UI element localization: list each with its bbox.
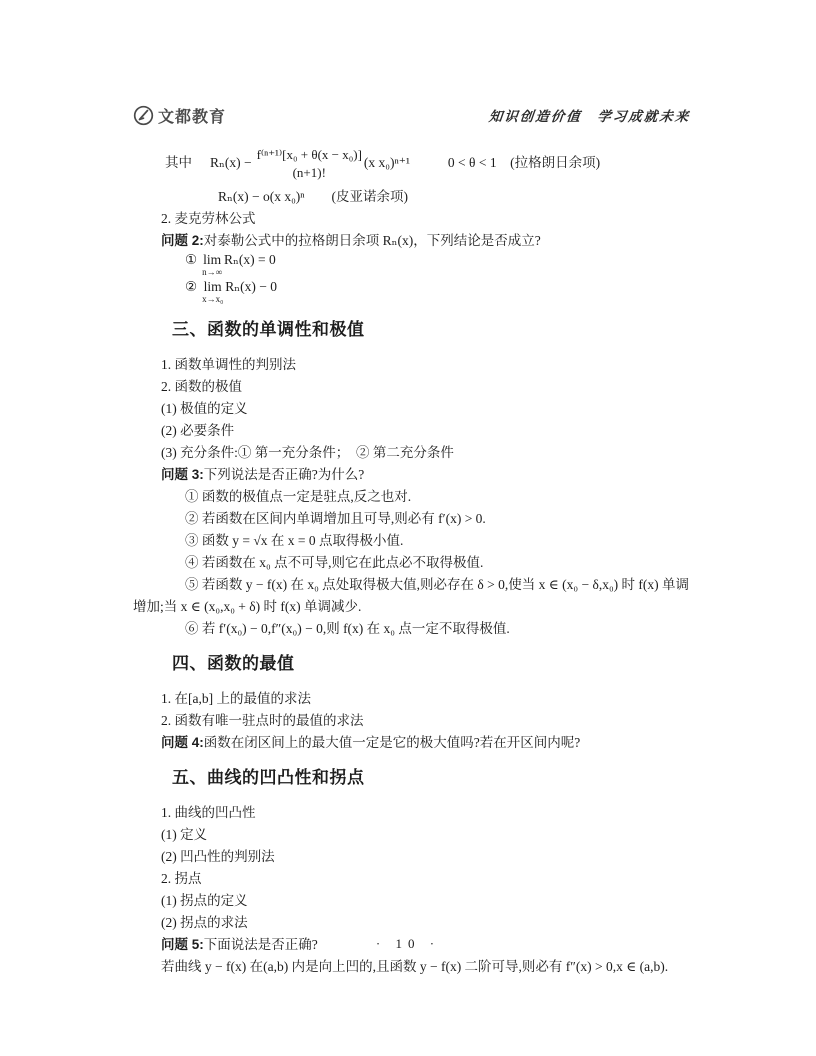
list-item: 1. 在[a,b] 上的最值的求法	[133, 688, 693, 710]
question-4: 问题 4:函数在闭区间上的最大值一定是它的极大值吗?若在开区间内呢?	[133, 732, 693, 754]
fraction: f⁽ⁿ⁺¹⁾[x₀ + θ(x − x₀)] (n+1)!	[257, 148, 362, 179]
statement-item: ③ 函数 y = √x 在 x = 0 点取得极小值.	[133, 530, 693, 552]
question-2: 问题 2:对泰勒公式中的拉格朗日余项 Rₙ(x)，下列结论是否成立?	[133, 230, 693, 252]
list-item: (2) 拐点的求法	[133, 912, 693, 934]
header-slogan: 知识创造价值 学习成就未来	[487, 105, 691, 125]
list-item: 2. 函数的极值	[133, 376, 693, 398]
circled-number: ①	[185, 252, 197, 268]
wendu-logo: 文都教育	[133, 104, 226, 127]
list-item: (1) 极值的定义	[133, 398, 693, 420]
statement-item: ⑤ 若函数 y − f(x) 在 x₀ 点处取得极大值,则必存在 δ > 0,使…	[133, 574, 693, 618]
section-3-title: 三、函数的单调性和极值	[133, 318, 693, 342]
formula-condition: 0 < θ < 1 (拉格朗日余项)	[448, 152, 600, 174]
limit-operator: lim x→x₀	[202, 279, 223, 304]
list-item: 1. 函数单调性的判别法	[133, 354, 693, 376]
limit-statement-1: ① lim n→∞ Rₙ(x) = 0	[133, 252, 693, 279]
document-body: 其中 Rₙ(x) − f⁽ⁿ⁺¹⁾[x₀ + θ(x − x₀)] (n+1)!…	[133, 140, 693, 978]
pen-circle-icon	[133, 105, 154, 126]
question-text: 对泰勒公式中的拉格朗日余项 Rₙ(x)，下列结论是否成立?	[204, 233, 541, 248]
question-text: 下列说法是否正确?为什么?	[204, 467, 364, 482]
list-item: 2. 函数有唯一驻点时的最值的求法	[133, 710, 693, 732]
statement-item: ⑥ 若 f′(x₀) − 0,f″(x₀) − 0,则 f(x) 在 x₀ 点一…	[133, 618, 693, 640]
limit-statement-2: ② lim x→x₀ Rₙ(x) − 0	[133, 279, 693, 306]
statement-item: ④ 若函数在 x₀ 点不可导,则它在此点必不取得极值.	[133, 552, 693, 574]
circled-number: ②	[185, 279, 197, 295]
list-item: (3) 充分条件:① 第一充分条件； ② 第二充分条件	[133, 442, 693, 464]
list-item: (2) 必要条件	[133, 420, 693, 442]
paragraph: 若曲线 y − f(x) 在(a,b) 内是向上凹的,且函数 y − f(x) …	[133, 956, 693, 978]
limit-operator: lim n→∞	[202, 252, 222, 277]
statement-item: ① 函数的极值点一定是驻点,反之也对.	[133, 486, 693, 508]
fraction-denominator: (n+1)!	[293, 164, 326, 179]
list-item: (1) 拐点的定义	[133, 890, 693, 912]
taylor-peano-formula: Rₙ(x) − o(x x₀)ⁿ (皮亚诺余项)	[133, 186, 693, 208]
list-item: 2. 麦克劳林公式	[133, 208, 693, 230]
formula-lead: 其中	[165, 152, 192, 174]
question-label: 问题 3:	[161, 467, 204, 482]
limit-expression: Rₙ(x) − 0	[225, 279, 277, 295]
limit-expression: Rₙ(x) = 0	[224, 252, 276, 268]
taylor-lagrange-formula: 其中 Rₙ(x) − f⁽ⁿ⁺¹⁾[x₀ + θ(x − x₀)] (n+1)!…	[133, 140, 693, 186]
page-header: 文都教育 知识创造价值 学习成就未来	[133, 100, 690, 130]
question-label: 问题 2:	[161, 233, 204, 248]
section-5-title: 五、曲线的凹凸性和拐点	[133, 766, 693, 790]
question-3: 问题 3:下列说法是否正确?为什么?	[133, 464, 693, 486]
formula-factor: (x x₀)ⁿ⁺¹	[364, 152, 410, 174]
list-item: 2. 拐点	[133, 868, 693, 890]
statement-item: ② 若函数在区间内单调增加且可导,则必有 f′(x) > 0.	[133, 508, 693, 530]
formula-lhs: Rₙ(x) −	[210, 152, 252, 174]
question-label: 问题 4:	[161, 735, 204, 750]
page-number: · 10 ·	[0, 936, 816, 952]
brand-text: 文都教育	[158, 104, 226, 127]
list-item: (1) 定义	[133, 824, 693, 846]
question-text: 函数在闭区间上的最大值一定是它的极大值吗?若在开区间内呢?	[204, 735, 580, 750]
list-item: 1. 曲线的凹凸性	[133, 802, 693, 824]
fraction-numerator: f⁽ⁿ⁺¹⁾[x₀ + θ(x − x₀)]	[257, 148, 362, 164]
list-item: (2) 凹凸性的判别法	[133, 846, 693, 868]
section-4-title: 四、函数的最值	[133, 652, 693, 676]
